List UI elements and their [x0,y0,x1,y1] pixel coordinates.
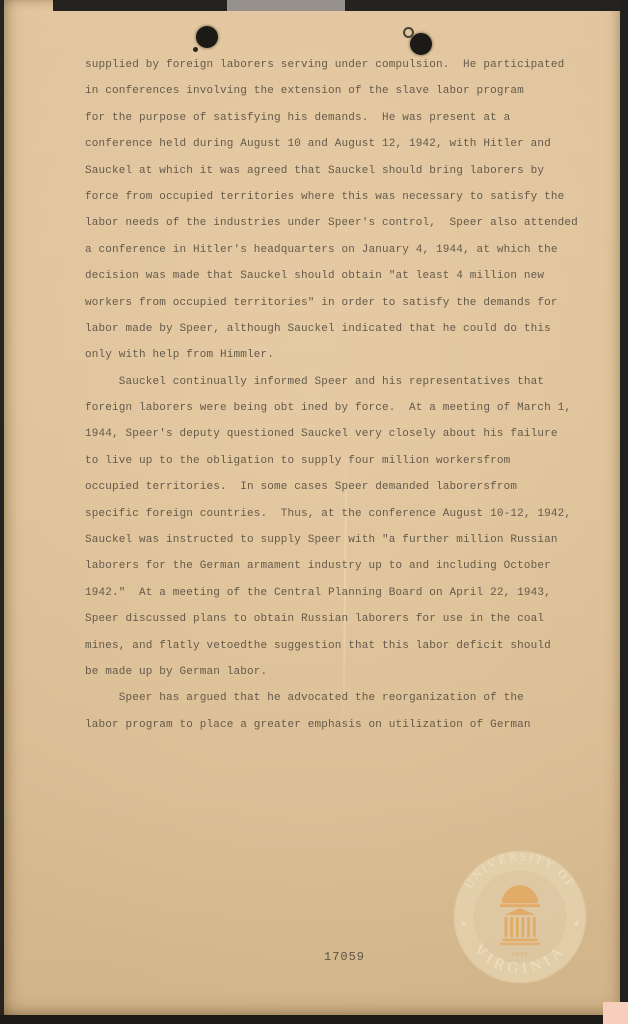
seal-year-label: 1819 [512,951,528,958]
university-of-virginia-watermark-seal: UNIVERSITY OF VIRGINIA 1819 [447,844,593,990]
typewritten-line: 1944, Speer's deputy questioned Sauckel … [85,421,590,447]
pink-corner-tab [603,1002,628,1024]
typewritten-line: labor program to place a greater emphasi… [85,712,590,738]
typewritten-line: foreign laborers were being obt ined by … [85,395,590,421]
typewritten-line: conference held during August 10 and Aug… [85,131,590,157]
typewritten-text: supplied by foreign laborers serving und… [85,52,590,738]
typewritten-line: laborers for the German armament industr… [85,553,590,579]
typewritten-line: decision was made that Sauckel should ob… [85,263,590,289]
typewritten-line: labor needs of the industries under Spee… [85,210,590,236]
typewritten-line: in conferences involving the extension o… [85,78,590,104]
typewritten-line: occupied territories. In some cases Spee… [85,474,590,500]
typewritten-line: to live up to the obligation to supply f… [85,448,590,474]
page-number: 17059 [324,950,365,964]
typewritten-line: Speer has argued that he advocated the r… [85,685,590,711]
typewritten-line: a conference in Hitler's headquarters on… [85,237,590,263]
typewritten-line: workers from occupied territories" in or… [85,290,590,316]
scanner-bed-top-strip [53,0,628,11]
scanned-document-page: supplied by foreign laborers serving und… [0,0,628,1024]
typewritten-line: Sauckel continually informed Speer and h… [85,369,590,395]
typewritten-line: labor made by Speer, although Sauckel in… [85,316,590,342]
typewritten-line: only with help from Himmler. [85,342,590,368]
typewritten-line: for the purpose of satisfying his demand… [85,105,590,131]
typewritten-line: 1942." At a meeting of the Central Plann… [85,580,590,606]
typewritten-line: specific foreign countries. Thus, at the… [85,501,590,527]
typewritten-line: mines, and flatly vetoedthe suggestion t… [85,633,590,659]
scanner-bed-bottom-edge [0,1015,628,1024]
typewritten-line: supplied by foreign laborers serving und… [85,52,590,78]
typewritten-line: force from occupied territories where th… [85,184,590,210]
scanner-bed-light-segment [227,0,345,11]
hole-punch-left [196,26,218,48]
typewritten-line: Sauckel was instructed to supply Speer w… [85,527,590,553]
typewritten-line: Speer discussed plans to obtain Russian … [85,606,590,632]
scanner-bed-right-edge [620,0,628,1024]
scanner-bed-left-edge [0,0,4,1024]
typewritten-line: be made up by German labor. [85,659,590,685]
typewritten-line: Sauckel at which it was agreed that Sauc… [85,158,590,184]
